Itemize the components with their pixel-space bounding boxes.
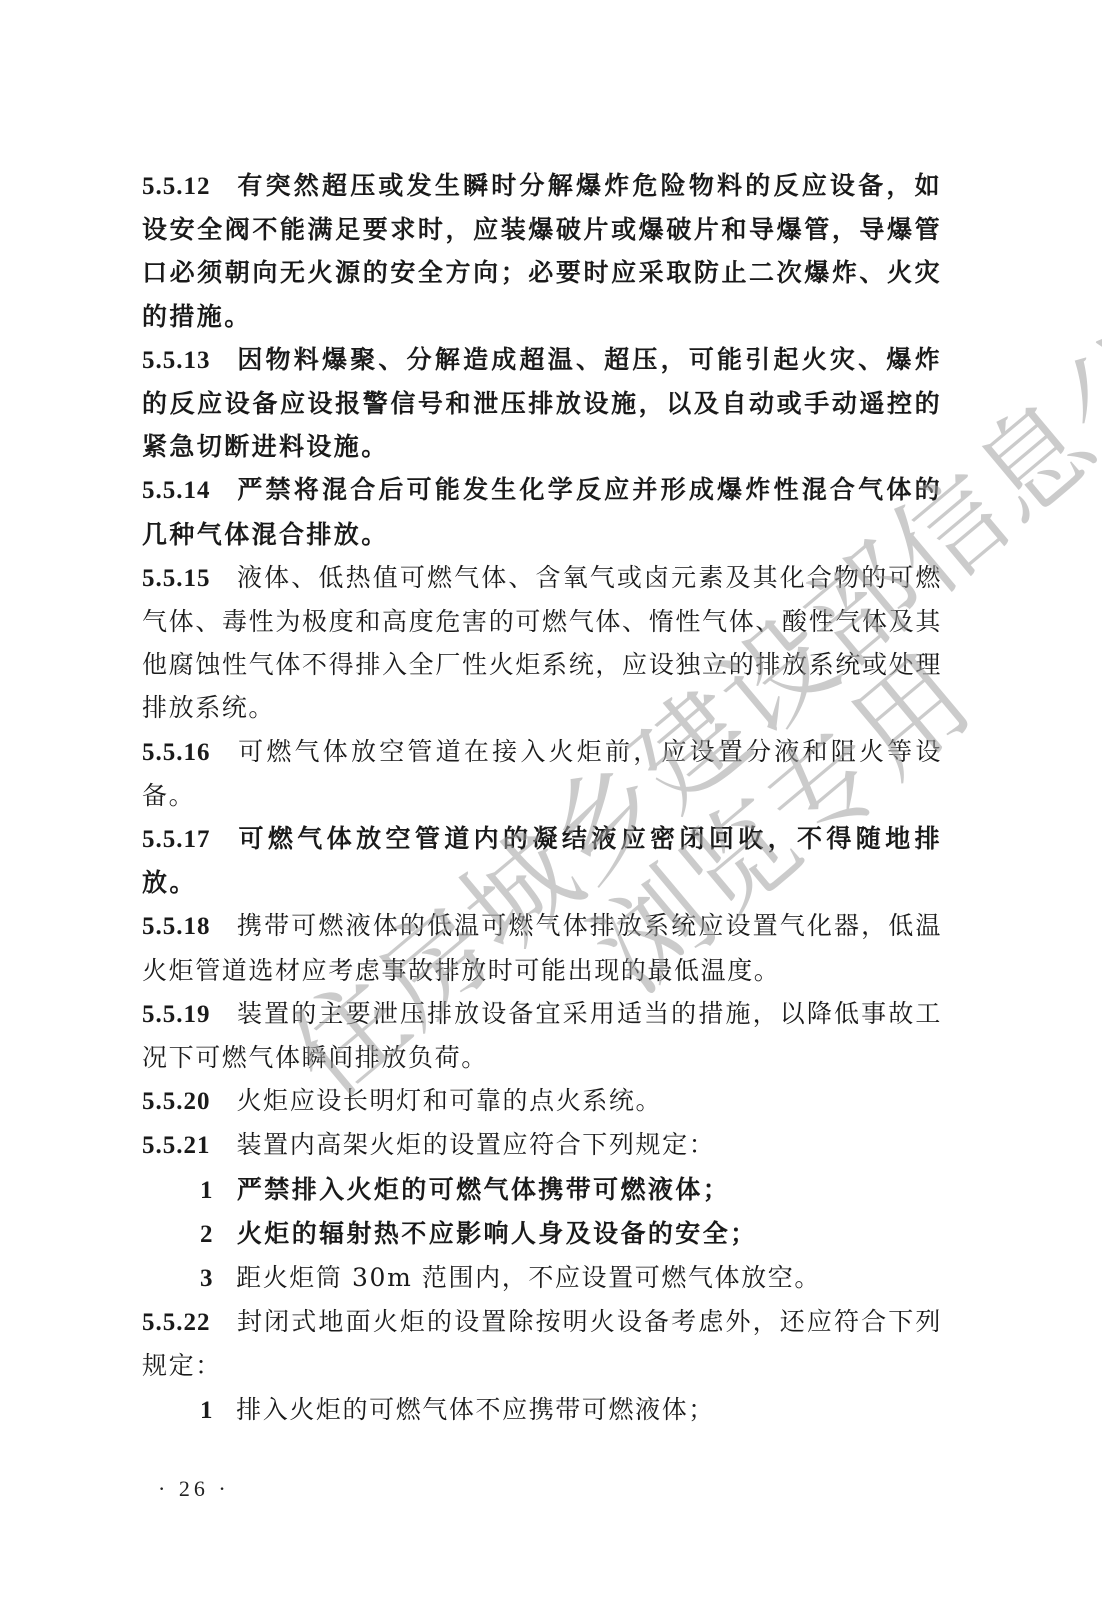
clause-text: 严禁将混合后可能发生化学反应并形成爆炸性混合气体的几种气体混合排放。 [142,475,942,548]
clause-number: 5.5.15 [142,565,211,592]
document-page: 5.5.12有突然超压或发生瞬时分解爆炸危险物料的反应设备，如设安全阀不能满足要… [0,0,1102,1598]
clause-5-5-21-item-3: 3距火炬筒 30m 范围内，不应设置可燃气体放空。 [142,1256,942,1300]
clause-text: 火炬应设长明灯和可靠的点火系统。 [237,1086,663,1115]
page-number: · 26 · [158,1476,230,1502]
clause-text: 有突然超压或发生瞬时分解爆炸危险物料的反应设备，如设安全阀不能满足要求时，应装爆… [142,171,942,331]
clause-5-5-15: 5.5.15液体、低热值可燃气体、含氧气或卤元素及其化合物的可燃气体、毒性为极度… [142,556,942,730]
item-number: 3 [200,1265,214,1292]
clause-number: 5.5.19 [142,1001,211,1028]
item-number: 1 [200,1397,214,1424]
clause-number: 5.5.18 [142,913,211,940]
clause-5-5-21-item-1: 1严禁排入火炬的可燃气体携带可燃液体； [142,1168,942,1212]
clause-5-5-18: 5.5.18携带可燃液体的低温可燃气体排放系统应设置气化器，低温火炬管道选材应考… [142,904,942,991]
clause-5-5-20: 5.5.20火炬应设长明灯和可靠的点火系统。 [142,1079,942,1123]
clause-text: 装置的主要泄压排放设备宜采用适当的措施，以降低事故工况下可燃气体瞬间排放负荷。 [142,999,942,1072]
item-text: 距火炬筒 30m 范围内，不应设置可燃气体放空。 [236,1263,821,1292]
item-text: 严禁排入火炬的可燃气体携带可燃液体； [237,1175,730,1204]
clause-number: 5.5.20 [142,1088,211,1115]
item-text: 火炬的辐射热不应影响人身及设备的安全； [237,1219,758,1248]
clause-number: 5.5.17 [142,826,211,853]
clause-number: 5.5.21 [142,1132,211,1159]
clause-5-5-17: 5.5.17可燃气体放空管道内的凝结液应密闭回收，不得随地排放。 [142,817,942,904]
clause-number: 5.5.14 [142,477,211,504]
clause-text: 可燃气体放空管道内的凝结液应密闭回收，不得随地排放。 [142,824,942,897]
clause-5-5-19: 5.5.19装置的主要泄压排放设备宜采用适当的措施，以降低事故工况下可燃气体瞬间… [142,992,942,1079]
clause-text: 封闭式地面火炬的设置除按明火设备考虑外，还应符合下列规定： [142,1307,942,1380]
clause-text: 因物料爆聚、分解造成超温、超压，可能引起火灾、爆炸的反应设备应设报警信号和泄压排… [142,345,942,461]
clause-number: 5.5.22 [142,1309,211,1336]
clause-5-5-22: 5.5.22封闭式地面火炬的设置除按明火设备考虑外，还应符合下列规定： [142,1300,942,1387]
clause-5-5-21: 5.5.21装置内高架火炬的设置应符合下列规定： [142,1123,942,1167]
item-number: 2 [200,1221,215,1248]
clause-number: 5.5.12 [142,173,211,200]
document-body: 5.5.12有突然超压或发生瞬时分解爆炸危险物料的反应设备，如设安全阀不能满足要… [142,164,942,1432]
clause-5-5-16: 5.5.16可燃气体放空管道在接入火炬前，应设置分液和阻火等设备。 [142,730,942,817]
clause-text: 可燃气体放空管道在接入火炬前，应设置分液和阻火等设备。 [142,737,942,810]
clause-5-5-22-item-1: 1排入火炬的可燃气体不应携带可燃液体； [142,1388,942,1432]
clause-5-5-21-item-2: 2火炬的辐射热不应影响人身及设备的安全； [142,1212,942,1256]
clause-number: 5.5.16 [142,739,211,766]
clause-text: 携带可燃液体的低温可燃气体排放系统应设置气化器，低温火炬管道选材应考虑事故排放时… [142,911,942,984]
clause-text: 液体、低热值可燃气体、含氧气或卤元素及其化合物的可燃气体、毒性为极度和高度危害的… [142,563,942,723]
clause-5-5-14: 5.5.14严禁将混合后可能发生化学反应并形成爆炸性混合气体的几种气体混合排放。 [142,468,942,555]
item-text: 排入火炬的可燃气体不应携带可燃液体； [236,1395,715,1424]
clause-number: 5.5.13 [142,347,211,374]
clause-text: 装置内高架火炬的设置应符合下列规定： [237,1130,716,1159]
clause-5-5-13: 5.5.13因物料爆聚、分解造成超温、超压，可能引起火灾、爆炸的反应设备应设报警… [142,338,942,469]
item-number: 1 [200,1177,215,1204]
clause-5-5-12: 5.5.12有突然超压或发生瞬时分解爆炸危险物料的反应设备，如设安全阀不能满足要… [142,164,942,338]
